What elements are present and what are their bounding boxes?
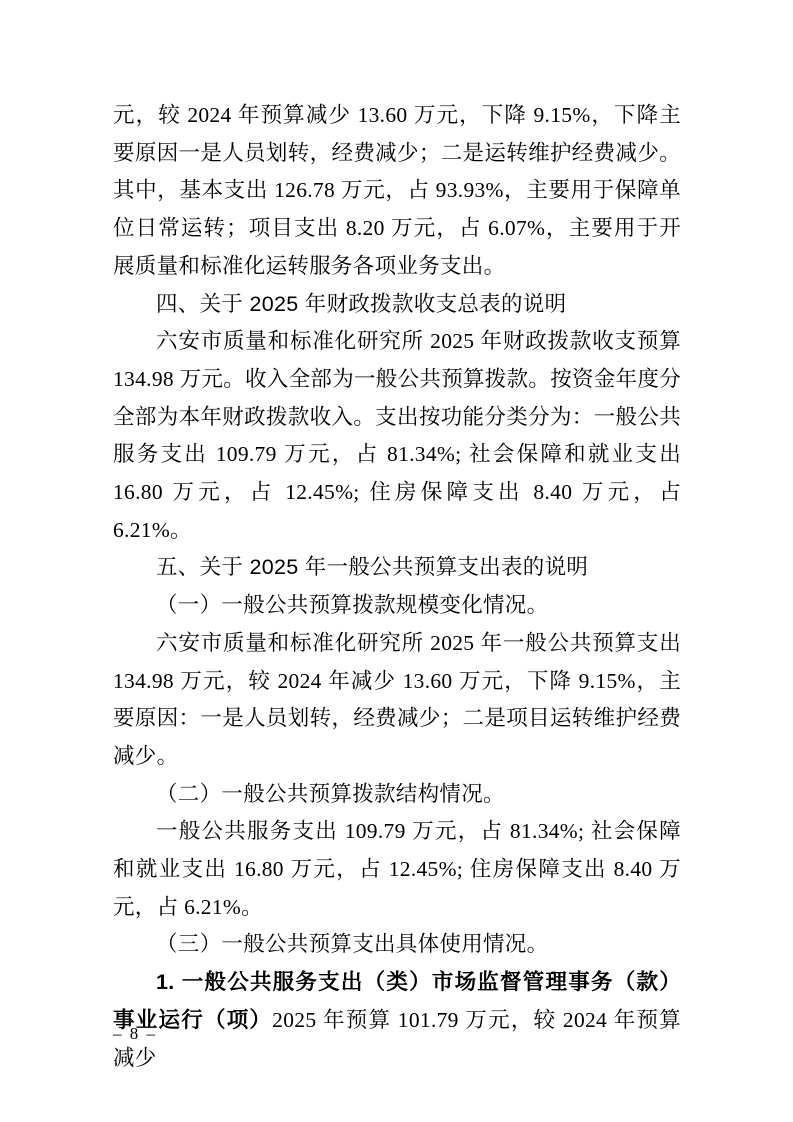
section5-sub1-paragraph: 六安市质量和标准化研究所 2025 年一般公共预算支出 134.98 万元，较 … [113, 625, 681, 776]
section5-sub2-heading: （二）一般公共预算拨款结构情况。 [113, 776, 681, 814]
carryover-paragraph: 元，较 2024 年预算减少 13.60 万元，下降 9.15%，下降主要原因一… [113, 97, 681, 286]
page-number: – 8 – [113, 1022, 157, 1046]
document-body: 元，较 2024 年预算减少 13.60 万元，下降 9.15%，下降主要原因一… [113, 97, 681, 1077]
section4-paragraph: 六安市质量和标准化研究所 2025 年财政拨款收支预算 134.98 万元。收入… [113, 323, 681, 549]
document-page: 元，较 2024 年预算减少 13.60 万元，下降 9.15%，下降主要原因一… [0, 0, 793, 1122]
section5-sub1-heading: （一）一般公共预算拨款规模变化情况。 [113, 587, 681, 625]
section4-heading: 四、关于 2025 年财政拨款收支总表的说明 [113, 286, 681, 324]
section5-sub2-paragraph: 一般公共服务支出 109.79 万元，占 81.34%; 社会保障和就业支出 1… [113, 813, 681, 926]
section5-sub3-heading: （三）一般公共预算支出具体使用情况。 [113, 926, 681, 964]
section5-sub3-item1: 1. 一般公共服务支出（类）市场监督管理事务（款）事业运行（项）2025 年预算… [113, 964, 681, 1077]
section5-heading: 五、关于 2025 年一般公共预算支出表的说明 [113, 549, 681, 587]
